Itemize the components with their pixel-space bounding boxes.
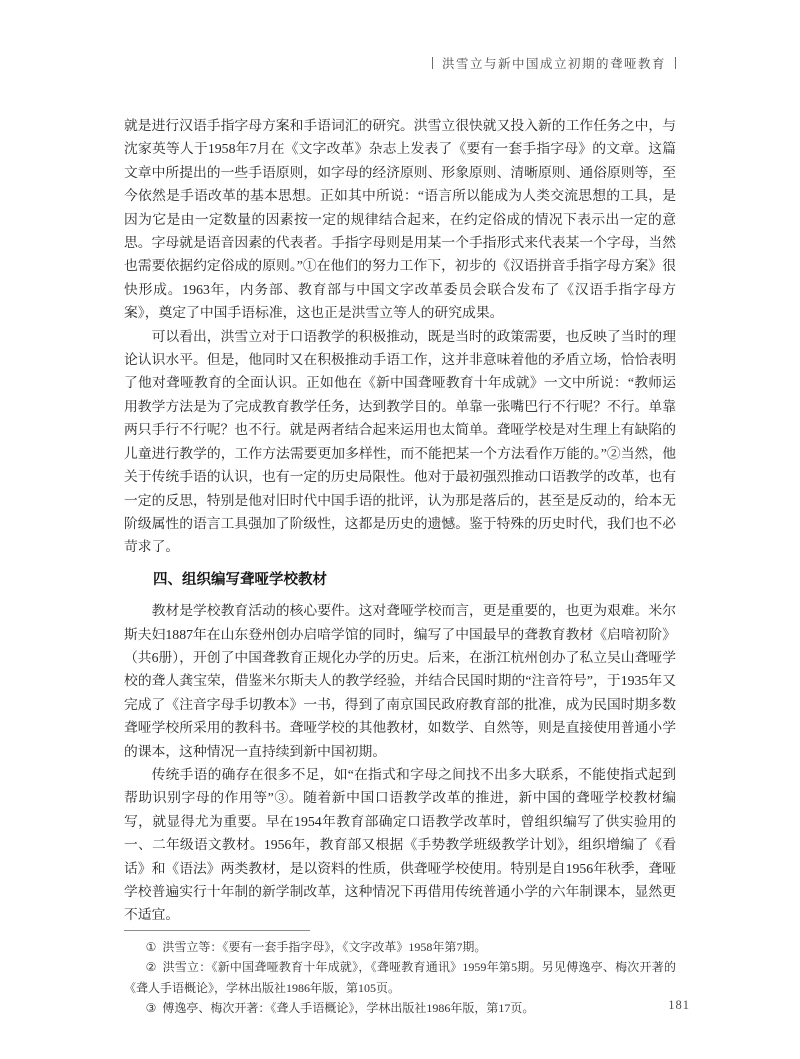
header-rule-icon: [432, 57, 433, 69]
book-page: 洪雪立与新中国成立初期的聋哑教育 就是进行汉语手指字母方案和手语词汇的研究。洪雪…: [0, 0, 800, 1059]
section-heading: 四、组织编写聋哑学校教材: [124, 569, 676, 592]
running-head-title: 洪雪立与新中国成立初期的聋哑教育: [442, 54, 666, 72]
footnote-marker: ②: [146, 960, 157, 974]
footnote-marker: ①: [146, 940, 157, 954]
page-number: 181: [668, 998, 690, 1013]
body-paragraph: 教材是学校教育活动的核心要件。这对聋哑学校而言，更是重要的，也更为艰难。米尔斯夫…: [124, 599, 676, 763]
running-head: 洪雪立与新中国成立初期的聋哑教育: [124, 54, 676, 72]
footnote-separator: [124, 930, 310, 931]
body-paragraph: 传统手语的确存在很多不足，如“在指式和字母之间找不出多大联系，不能使指式起到帮助…: [124, 763, 676, 927]
footnote: ③傅逸亭、梅次开著：《聋人手语概论》，学林出版社1986年版，第17页。: [124, 998, 676, 1019]
page-body: 就是进行汉语手指字母方案和手语词汇的研究。洪雪立很快就又投入新的工作任务之中，与…: [124, 114, 676, 1019]
footnote: ①洪雪立等：《要有一套手指字母》，《文字改革》1958年第7期。: [124, 937, 676, 958]
footnote-text: 洪雪立等：《要有一套手指字母》，《文字改革》1958年第7期。: [162, 940, 486, 954]
body-paragraph: 就是进行汉语手指字母方案和手语词汇的研究。洪雪立很快就又投入新的工作任务之中，与…: [124, 114, 676, 325]
header-rule-icon: [675, 57, 676, 69]
footnote-text: 洪雪立：《新中国聋哑教育十年成就》，《聋哑教育通讯》1959年第5期。另见傅逸亭…: [124, 960, 676, 995]
footnote-marker: ③: [146, 1001, 157, 1015]
footnote: ②洪雪立：《新中国聋哑教育十年成就》，《聋哑教育通讯》1959年第5期。另见傅逸…: [124, 957, 676, 998]
body-paragraph: 可以看出，洪雪立对于口语教学的积极推动，既是当时的政策需要，也反映了当时的理论认…: [124, 325, 676, 559]
footnote-text: 傅逸亭、梅次开著：《聋人手语概论》，学林出版社1986年版，第17页。: [162, 1001, 534, 1015]
